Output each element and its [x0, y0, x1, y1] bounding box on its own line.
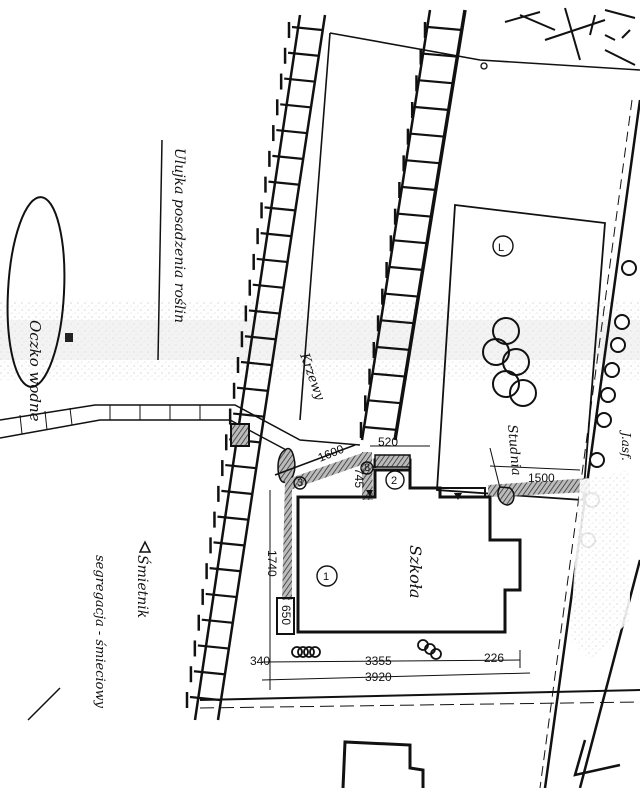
trash-area: Śmietnik segregacja - śmieciowy	[28, 542, 152, 720]
street-corner	[575, 740, 620, 775]
well-label: Studnia	[504, 424, 523, 476]
pond-marker	[65, 333, 73, 342]
dim-1500: 1500	[528, 471, 555, 485]
site-plan-drawing: Oczko wodne Ulujka posadzenia roślin	[0, 0, 640, 788]
garden-path	[0, 405, 360, 452]
shrub-bed	[278, 449, 295, 483]
street-label: J.asf.	[619, 429, 633, 461]
dim-3355: 3355	[365, 654, 392, 668]
building-1-marker: 1	[323, 571, 329, 583]
path-point-3: 3	[297, 477, 303, 489]
access-path: 3 8	[275, 445, 630, 660]
school-building: 1 2 Szkoła	[298, 455, 520, 632]
scan-gray-band	[0, 320, 640, 360]
top-right-sketch	[505, 8, 635, 65]
lot-top-line	[330, 33, 640, 70]
well	[498, 487, 514, 505]
dim-745: 745	[352, 468, 366, 488]
trash-area-label: Śmietnik	[134, 555, 152, 618]
neighbor-building	[343, 742, 423, 788]
trash-area-sublabel: segregacja - śmieciowy	[92, 555, 107, 709]
dim-1740: 1740	[265, 550, 279, 577]
zone-l-marker: L	[498, 242, 504, 254]
dim-340: 340	[250, 654, 270, 668]
building-2-marker: 2	[391, 475, 397, 487]
school-label: Szkoła	[406, 545, 425, 598]
dim-3920: 3920	[365, 670, 392, 684]
path-gate	[231, 424, 249, 446]
planting-strip-label: Ulujka posadzenia roślin	[171, 148, 187, 323]
dim-226: 226	[484, 651, 504, 665]
dim-520: 520	[378, 435, 398, 449]
dim-650: 650	[279, 605, 293, 625]
pond-label: Oczko wodne	[26, 320, 44, 422]
